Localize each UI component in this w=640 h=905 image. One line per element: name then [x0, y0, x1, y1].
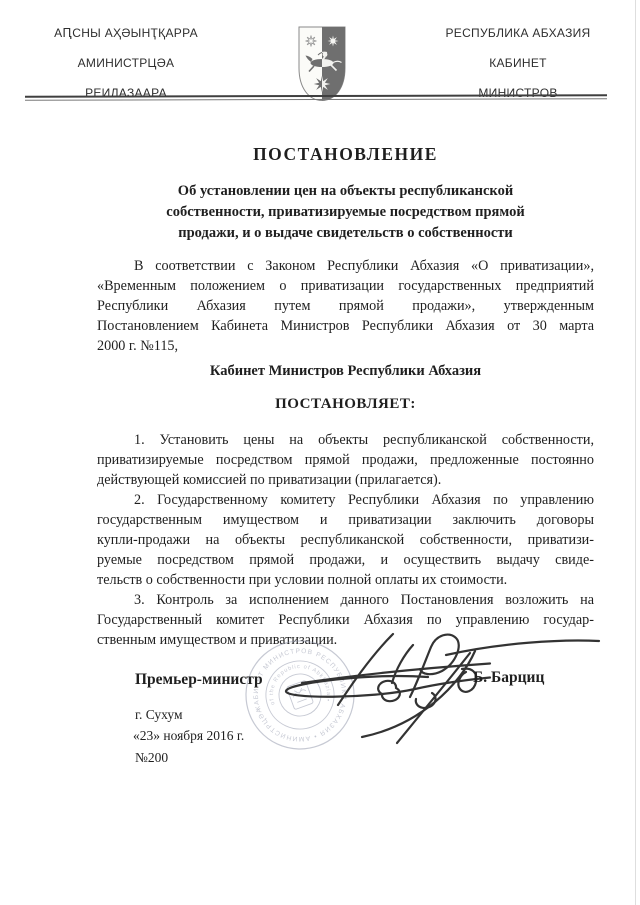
signatory-post: Премьер-министр — [135, 671, 263, 689]
item2-line: 2. Государственному комитету Республики … — [97, 490, 594, 510]
item1-line: приватизируемые посредством прямой прода… — [97, 450, 594, 470]
preamble-line: Постановлением Кабинета Министров Респуб… — [97, 316, 594, 336]
letterhead-right-line2: КАБИНЕТ — [422, 48, 614, 78]
handwritten-signature — [250, 625, 610, 775]
preamble-paragraph: В соответствии с Законом Республики Абха… — [97, 256, 594, 356]
letterhead-left-line3: РЕИЛАЗААРА — [30, 78, 222, 108]
signatory-name: Б. Барциц — [473, 669, 544, 687]
preamble-line: 2000 г. №115, — [97, 336, 594, 356]
abkhazia-coat-of-arms-icon — [298, 26, 346, 102]
letterhead-left-line2: АМИНИСТРЦӘА — [30, 48, 222, 78]
letterhead-left-line1: АԤСНЫ АҲӘЫНҬҚАРРА — [30, 18, 222, 48]
document-number: №200 — [135, 750, 168, 766]
issue-date: «23» ноября 2016 г. — [133, 728, 244, 744]
item2-line: государственным имуществом и приватизаци… — [97, 510, 594, 530]
item2-line: руемые посредством прямой продажи, и осу… — [97, 550, 594, 570]
document-subtitle: Об установлении цен на объекты республик… — [97, 181, 594, 244]
item1-line: действующей комиссией по приватизации (п… — [97, 470, 594, 490]
subtitle-line: собственности, приватизируемые посредств… — [97, 202, 594, 223]
resolution-items: 1. Установить цены на объекты республика… — [97, 430, 594, 650]
item2-line: тельств о собственности при условии полн… — [97, 570, 594, 590]
item3-line: 3. Контроль за исполнением данного Поста… — [97, 590, 594, 610]
letterhead-right-line3: МИНИСТРОВ — [422, 78, 614, 108]
issue-city: г. Сухум — [135, 707, 183, 723]
preamble-line: Республики Абхазия путем прямой продажи»… — [97, 296, 594, 316]
item1-line: 1. Установить цены на объекты республика… — [97, 430, 594, 450]
signature-block: КАБИНЕТ МИНИСТРОВ РЕСПУБЛИКИ АБХАЗИЯ • А… — [0, 650, 640, 886]
subtitle-line: Об установлении цен на объекты республик… — [97, 181, 594, 202]
issuer-line: Кабинет Министров Республики Абхазия — [97, 361, 594, 381]
preamble-line: «Временным положением о приватизации гос… — [97, 276, 594, 296]
document-page: АԤСНЫ АҲӘЫНҬҚАРРА АМИНИСТРЦӘА РЕИЛАЗААРА — [0, 0, 640, 905]
resolves-line: ПОСТАНОВЛЯЕТ: — [97, 394, 594, 414]
preamble-line: В соответствии с Законом Республики Абха… — [97, 256, 594, 276]
subtitle-line: продажи, и о выдаче свидетельств о собст… — [97, 223, 594, 244]
letterhead-right-line1: РЕСПУБЛИКА АБХАЗИЯ — [422, 18, 614, 48]
document-title: ПОСТАНОВЛЕНИЕ — [97, 144, 594, 165]
letterhead: АԤСНЫ АҲӘЫНҬҚАРРА АМИНИСТРЦӘА РЕИЛАЗААРА — [0, 0, 640, 95]
item2-line: купли-продажи на объекты республиканской… — [97, 530, 594, 550]
